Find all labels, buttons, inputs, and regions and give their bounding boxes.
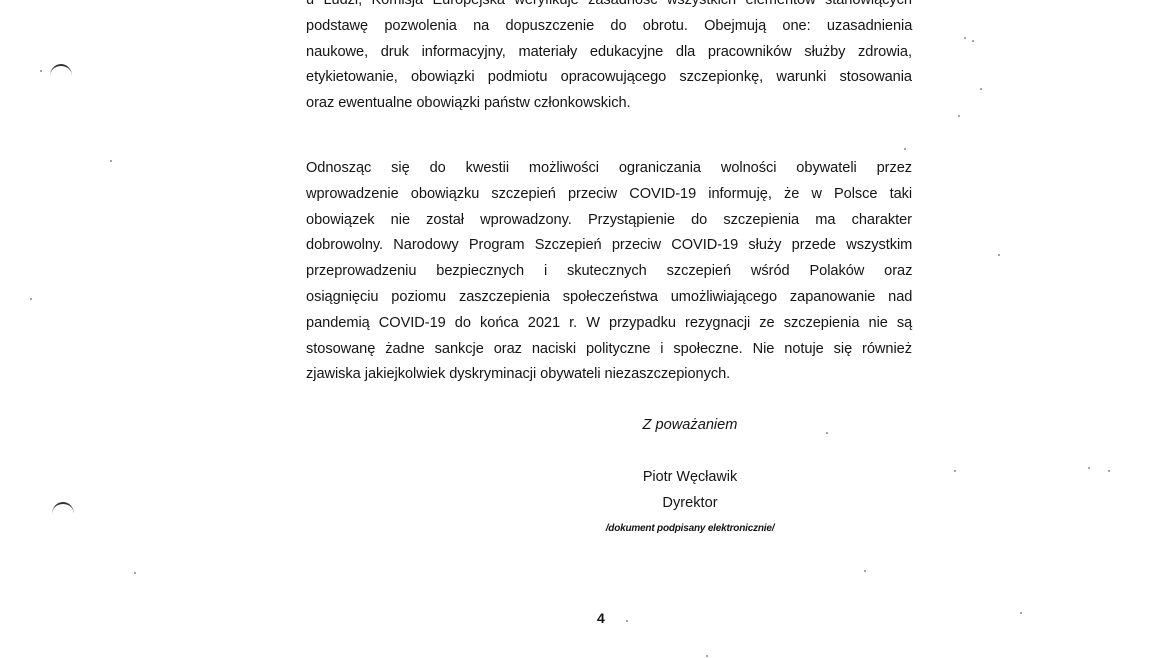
text-line: oraz ewentualne obowiązki państw członko… [306, 91, 912, 117]
signer-title: Dyrektor [560, 495, 820, 511]
punch-hole-mark-bottom [52, 502, 74, 514]
scan-speck [1088, 467, 1090, 469]
text-line: Odnosząc się do kwestii możliwości ogran… [306, 156, 912, 182]
document-page: u Ludzi, Komisja Europejska weryfikuje z… [0, 0, 1170, 658]
scan-speck [954, 470, 956, 472]
text-line: przeprowadzeniu bezpiecznych i skuteczny… [306, 259, 912, 285]
scan-speck [864, 570, 866, 572]
scan-speck [980, 88, 982, 90]
text-line: dobrowolny. Narodowy Program Szczepień p… [306, 233, 912, 259]
scan-speck [904, 148, 906, 150]
text-line: osiągnięciu poziomu zaszczepienia społec… [306, 285, 912, 311]
text-line: etykietowanie, obowiązki podmiotu opraco… [306, 65, 912, 91]
scan-speck [998, 254, 1000, 256]
scan-speck [30, 298, 32, 300]
scan-speck [706, 655, 708, 657]
scan-speck [826, 432, 828, 434]
electronic-signature-note: /dokument podpisany elektronicznie/ [560, 523, 820, 534]
text-line: wprowadzenie obowiązku szczepień przeciw… [306, 182, 912, 208]
signer-name: Piotr Węcławik [560, 469, 820, 485]
scan-speck [964, 37, 966, 39]
scan-speck [626, 620, 628, 622]
text-line: obowiązek nie został wprowadzony. Przyst… [306, 208, 912, 234]
text-line: naukowe, druk informacyjny, materiały ed… [306, 40, 912, 66]
page-number: 4 [597, 610, 605, 626]
punch-hole-mark-top [50, 64, 72, 76]
text-line: u Ludzi, Komisja Europejska weryfikuje z… [306, 0, 912, 14]
scan-speck [972, 40, 974, 42]
scan-speck [1020, 612, 1022, 614]
text-line: zjawiska jakiejkolwiek dyskryminacji oby… [306, 362, 912, 388]
paragraph-eu-verification: u Ludzi, Komisja Europejska weryfikuje z… [306, 0, 912, 117]
text-line: stosowanę żadne sankcje oraz naciski pol… [306, 337, 912, 363]
scan-speck [40, 70, 42, 72]
scan-speck [134, 572, 136, 574]
paragraph-vaccination-policy: Odnosząc się do kwestii możliwości ogran… [306, 156, 912, 388]
text-line: podstawę pozwolenia na dopuszczenie do o… [306, 14, 912, 40]
closing-greeting: Z poważaniem [560, 417, 820, 433]
scan-speck [1108, 470, 1110, 472]
scan-speck [958, 115, 960, 117]
scan-speck [110, 160, 112, 162]
text-line: pandemią COVID-19 do końca 2021 r. W prz… [306, 311, 912, 337]
